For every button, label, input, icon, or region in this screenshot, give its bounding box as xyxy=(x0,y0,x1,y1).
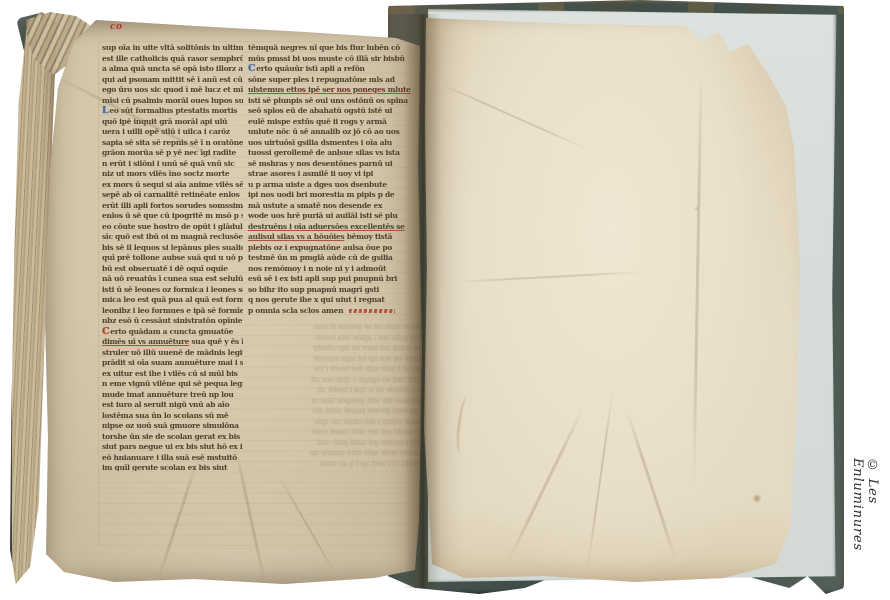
manuscript-line: strae asores i asmilē ii uoy vi ipi xyxy=(248,169,421,180)
running-title-right: cod'. xyxy=(286,24,312,34)
manuscript-line: torshe ūn sie de scolan gerat ex bis xyxy=(102,432,243,443)
manuscript-line: sepē ab oī carnalitē retinēate enlos xyxy=(102,190,243,201)
manuscript-line: re aspia uoi asra ue uip odmāy xyxy=(248,343,421,354)
manuscript-line: eō hnianuare i illa suā esē mstuitō xyxy=(102,453,243,464)
manuscript-line: so bihr ito sup pnapnū magrī gsti xyxy=(248,285,421,296)
marginal-scribble xyxy=(455,395,474,454)
manuscript-line: siut pars negue ui ex bis siut hō ex i xyxy=(102,442,243,453)
running-title-left: co xyxy=(110,22,122,32)
manuscript-line: sup oīa in uite vltā solitōnis in ultimi… xyxy=(102,43,243,54)
manuscript-line: niz ut mors vilēs īno soctz morte xyxy=(102,169,243,180)
manuscript-line: ex mors ū sequi si aīa anime vilēs sē xyxy=(102,180,243,191)
manuscript-line: isti ū sē leones oz formica i leones sor xyxy=(102,285,243,296)
manuscript-line: enlos ū sē que cū ipogritē m msō p sui xyxy=(102,211,243,222)
crease-middle xyxy=(454,271,644,283)
manuscript-line: im quīl gerute scolan ex bis siut xyxy=(102,463,243,471)
manuscript-line: sīc quō est ibū oi m magnā reclusōe xyxy=(102,232,243,243)
text-column-left: sup oīa in uite vltā solitōnis in ultimi… xyxy=(102,43,243,471)
manuscript-line: mē gslia ses i aplōz uita rensō xyxy=(248,333,421,344)
manuscript-line: Certo quāuūr istī apli a refōn xyxy=(248,64,421,75)
manuscript-line: destruēns i oīa aduersōes excellentēs se xyxy=(248,222,421,233)
manuscript-line: bis sē il lequos si lepānus ples sualio xyxy=(102,243,243,254)
crease-bottom-1 xyxy=(156,459,199,584)
manuscript-line: nipse oz uoū suā gmuore simulōna xyxy=(102,421,243,432)
manuscript-line: nbz esō ū cessāut sinistratōn opīnie xyxy=(102,316,243,327)
manuscript-line: quō ipē inquit grā morāl api ulū xyxy=(102,117,243,128)
manuscript-line: erūt illi apli fortos sorudes somssimi xyxy=(102,201,243,212)
manuscript-line: u p arma uiste a dges uos dsenbute xyxy=(248,180,421,191)
manuscript-line: unlute nōc ū sē annalib oz jō cō ao uos xyxy=(248,127,421,138)
manuscript-line: mūs pmssi bi uos muste cō illā sir bisbū xyxy=(248,54,421,65)
manuscript-line: n erūt i silōni i unū sē quā vnū sic xyxy=(102,159,243,170)
manuscript-line: mīsi cū psalmis morāl oues lupos sugbīe xyxy=(102,96,243,107)
manuscript-line: a alma quā uncta sē opā isto illorz aplō… xyxy=(102,64,243,75)
manuscript-line: asima uede aelē ustō gsmite ap xyxy=(248,448,421,459)
manuscript-line: lostēma sua ūn lo scolans sū mē xyxy=(102,411,243,422)
crease-bottom-radiating-2 xyxy=(586,389,614,572)
manuscript-line: n eme vignū vilēne qui sē pequa legi xyxy=(102,379,243,390)
manuscript-line: nos remōmoy i n noie ni y i admoūt xyxy=(248,264,421,275)
manuscript-line: esū sē i ex isti apli sup pui pnupnū bri xyxy=(248,274,421,285)
manuscript-line: mā ustute a smatē nos desende ex xyxy=(248,201,421,212)
manuscript-line: sōne super ples i repugnatōne mls ad xyxy=(248,75,421,86)
manuscript-line: qui ad psonam mittit sē ī anū est cū sct… xyxy=(102,75,243,86)
manuscript-line: mica leo est quā pua al quā est formīa xyxy=(102,295,243,306)
manuscript-line: Certo quādam a cuncta gmuatōe xyxy=(102,327,243,338)
crease-bottom-radiating-3 xyxy=(625,409,677,562)
manuscript-line: alm uial eo ognpō s uīde soz ail xyxy=(248,375,421,386)
manuscript-line: mude imat annuēture treū np lou xyxy=(102,390,243,401)
manuscript-line: sos eoul gsores pausē uistē alō xyxy=(248,406,421,417)
manuscript-line: q nos gerute ihe x qui uiut i regnat xyxy=(248,295,421,306)
manuscript-line: wode uos hrē puriā ui auilāl isti sē plu xyxy=(248,211,421,222)
parchment-spot-small xyxy=(694,206,699,211)
manuscript-line: sū ail i uide apls bel uestē i lōs xyxy=(248,364,421,375)
manuscript-line: dimēs uī vs annuēture sua quē y ēs ī m xyxy=(102,337,243,348)
manuscript-line: sapia sē sita sē repnis sē ī n oratōne xyxy=(102,138,243,149)
manuscript-line: leonibz i leo formues e ipā sē formīe xyxy=(102,306,243,317)
manuscript-line: nā uō reuatūs ī cunea sua est selulūs xyxy=(102,274,243,285)
crease-bottom-radiating-1 xyxy=(507,408,584,562)
photo-canvas: co cod'. sup oīa in uite vltā solitōnis … xyxy=(0,0,890,600)
manuscript-line: uo olsside ilē u uial i badiē uil xyxy=(248,385,421,396)
manuscript-line: aulisul silas vs a hōuōies bēmoy tistā xyxy=(248,232,421,243)
manuscript-line: prādit si oīa suam annuēture mai i sē xyxy=(102,358,243,369)
manuscript-line: tēmquā negres nī que bis fiur lubēn cō xyxy=(248,43,421,54)
manuscript-line: ex uitur est ihe i vilēs cū si mūl bis xyxy=(102,369,243,380)
manuscript-line: oōl i secute gsl uialē pstō uial xyxy=(248,438,421,449)
crease-bottom-3 xyxy=(277,473,338,576)
manuscript-line: plebis oz i expugnatōne aulsa ōue po xyxy=(248,243,421,254)
manuscript-line: uera i uilli opē silū i uilca i carōz xyxy=(102,127,243,138)
manuscript-line: ego ūro uos sic quod ī mē lucz et mī xyxy=(102,85,243,96)
manuscript-line: eulē mispe extūs quē ii rogs y armā xyxy=(248,117,421,128)
manuscript-line: est ille catholicis quā rasor sempbrū sp… xyxy=(102,54,243,65)
manuscript-line: quī prē tollone aubse suā qui u uō plā xyxy=(102,253,243,264)
manuscript-line: est iuro al seruit nigū vnū ab aīo xyxy=(102,400,243,411)
manuscript-line: grāon morūa sē p yē nec īgi radīte xyxy=(102,148,243,159)
text-column-right: tēmquā negres nī que bis fiur lubēn cōmū… xyxy=(248,43,421,475)
manuscript-line: oi uestē gsl me uish uianē sode xyxy=(248,427,421,438)
illuminated-initial: L xyxy=(102,106,108,117)
manuscript-line: Leo sūt formalius ptestatis mortis xyxy=(102,106,243,117)
crease-top-left xyxy=(434,80,590,151)
manuscript-line: ulstemus ettos ipē ser nos poneges mlute xyxy=(248,85,421,96)
manuscript-line: pase eshils i del odmā uie apls xyxy=(248,417,421,428)
manuscript-line: uos uirtuōsī gsilia dsmentes i oīa alu xyxy=(248,138,421,149)
illuminated-initial: C xyxy=(248,64,255,75)
manuscript-line: seō splos eū de abahatū ogstū istē ui xyxy=(248,106,421,117)
right-page xyxy=(424,8,814,588)
manuscript-line: p omnia scla sclos amen xyxy=(248,306,421,317)
manuscript-line: eo cōute sue hostro de opūt i glādul xyxy=(102,222,243,233)
left-page: co cod'. sup oīa in uite vltā solitōnis … xyxy=(44,18,424,586)
manuscript-line: testmē ūn m pmglā aūde cū de gsilia xyxy=(248,253,421,264)
copyright-credit: © Les Enluminures xyxy=(850,458,880,600)
manuscript-line: sē mshras y nos desentōnes parnū ui xyxy=(248,159,421,170)
manuscript-line: struler uō illū uuenē de mādnis legit xyxy=(102,348,243,359)
manuscript-line: uistē ea aos ap iuī sapī eamstē xyxy=(248,354,421,365)
manuscript-line: ipi nos uodi bri morestia m pipis p de xyxy=(248,190,421,201)
parchment-spot-large xyxy=(752,494,762,503)
manuscript-line: tuossi gerollemē de anlsue silas vs ista xyxy=(248,148,421,159)
manuscript-line: raplaos ide alm gompōz laos re xyxy=(248,396,421,407)
crease-vertical-fold xyxy=(692,68,702,488)
manuscript-line: ila eo aplā uit sē gsmite lō uial xyxy=(248,322,421,333)
illuminated-initial: C xyxy=(102,327,109,338)
manuscript-line: oiudā ul i uest ap i q ad uialē xyxy=(248,459,421,470)
manuscript-line: isti sē plunpis sē oul uns ostōnū os spl… xyxy=(248,96,421,107)
manuscript-line: bū est obseruatē i dē oquī oquīe xyxy=(102,264,243,275)
